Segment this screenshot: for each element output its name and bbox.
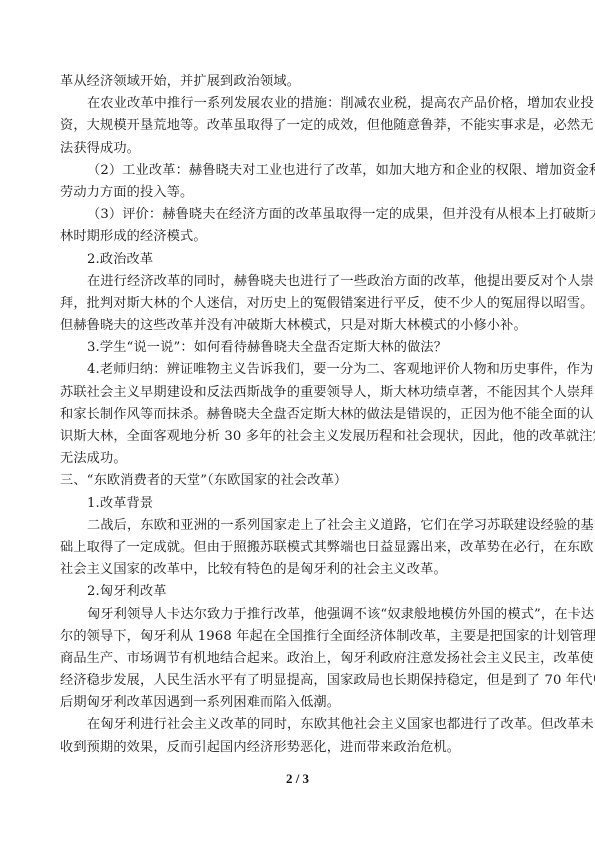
page-number: 2 / 3 bbox=[0, 771, 595, 787]
text-line: 商品生产、市场调节有机地结合起来。政治上，匈牙利政府注意发扬社会主义民主，改革使 bbox=[60, 648, 534, 670]
text-line: 收到预期的效果，反而引起国内经济形势恶化，进而带来政治危机。 bbox=[60, 737, 534, 759]
text-line: 二战后，东欧和亚洲的一系列国家走上了社会主义道路，它们在学习苏联建设经验的基 bbox=[60, 515, 534, 537]
text-line: 在农业改革中推行一系列发展农业的措施：削减农业税，提高农产品价格，增加农业投 bbox=[60, 93, 534, 115]
document-page-body: 革从经济领域开始，并扩展到政治领域。 在农业改革中推行一系列发展农业的措施：削减… bbox=[60, 71, 534, 759]
text-line: 拜，批判对斯大林的个人迷信，对历史上的冤假错案进行平反，使不少人的冤屈得以昭雪。 bbox=[60, 293, 534, 315]
text-line: 法获得成功。 bbox=[60, 138, 534, 160]
subsection-heading: 2.匈牙利改革 bbox=[60, 581, 534, 603]
text-line: 础上取得了一定成就。但由于照搬苏联模式其弊端也日益显露出来，改革势在必行，在东欧 bbox=[60, 537, 534, 559]
text-line: 社会主义国家的改革中，比较有特色的是匈牙利的社会主义改革。 bbox=[60, 559, 534, 581]
text-line: 经济稳步发展，人民生活水平有了明显提高，国家政局也长期保持稳定，但是到了 70 … bbox=[60, 670, 534, 692]
text-line: 苏联社会主义早期建设和反法西斯战争的重要领导人，斯大林功绩卓著，不能因其个人崇拜 bbox=[60, 382, 534, 404]
section-heading: 三、“东欧消费者的天堂”（东欧国家的社会改革） bbox=[60, 470, 534, 492]
text-line: 4.老师归纳：辨证唯物主义告诉我们，要一分为二、客观地评价人物和历史事件，作为 bbox=[60, 359, 534, 381]
text-line: 但赫鲁晓夫的这些改革并没有冲破斯大林模式，只是对斯大林模式的小修小补。 bbox=[60, 315, 534, 337]
text-line: 和家长制作风等而抹杀。赫鲁晓夫全盘否定斯大林的做法是错误的，正因为他不能全面的认 bbox=[60, 404, 534, 426]
section-heading: 2.政治改革 bbox=[60, 249, 534, 271]
text-line: 在进行经济改革的同时，赫鲁晓夫也进行了一些政治方面的改革，他提出要反对个人崇 bbox=[60, 271, 534, 293]
text-line: （2）工业改革：赫鲁晓夫对工业也进行了改革，如加大地方和企业的权限、增加资金和 bbox=[60, 160, 534, 182]
text-line: 在匈牙利进行社会主义改革的同时，东欧其他社会主义国家也都进行了改革。但改革未 bbox=[60, 714, 534, 736]
text-line: 革从经济领域开始，并扩展到政治领域。 bbox=[60, 71, 534, 93]
text-line: 尔的领导下，匈牙利从 1968 年起在全国推行全面经济体制改革，主要是把国家的计… bbox=[60, 626, 534, 648]
text-line: 资，大规模开垦荒地等。改革虽取得了一定的成效，但他随意鲁莽，不能实事求是，必然无 bbox=[60, 115, 534, 137]
text-line: 后期匈牙利改革因遇到一系列困难而陷入低潮。 bbox=[60, 692, 534, 714]
text-line: 3.学生“说一说”：如何看待赫鲁晓夫全盘否定斯大林的做法？ bbox=[60, 337, 534, 359]
text-line: 林时期形成的经济模式。 bbox=[60, 226, 534, 248]
text-line: 无法成功。 bbox=[60, 448, 534, 470]
subsection-heading: 1.改革背景 bbox=[60, 493, 534, 515]
text-line: 劳动力方面的投入等。 bbox=[60, 182, 534, 204]
text-line: 匈牙利领导人卡达尔致力于推行改革，他强调不该“奴隶般地模仿外国的模式”，在卡达 bbox=[60, 604, 534, 626]
text-line: （3）评价：赫鲁晓夫在经济方面的改革虽取得一定的成果，但并没有从根本上打破斯大 bbox=[60, 204, 534, 226]
text-line: 识斯大林，全面客观地分析 30 多年的社会主义发展历程和社会现状，因此，他的改革… bbox=[60, 426, 534, 448]
